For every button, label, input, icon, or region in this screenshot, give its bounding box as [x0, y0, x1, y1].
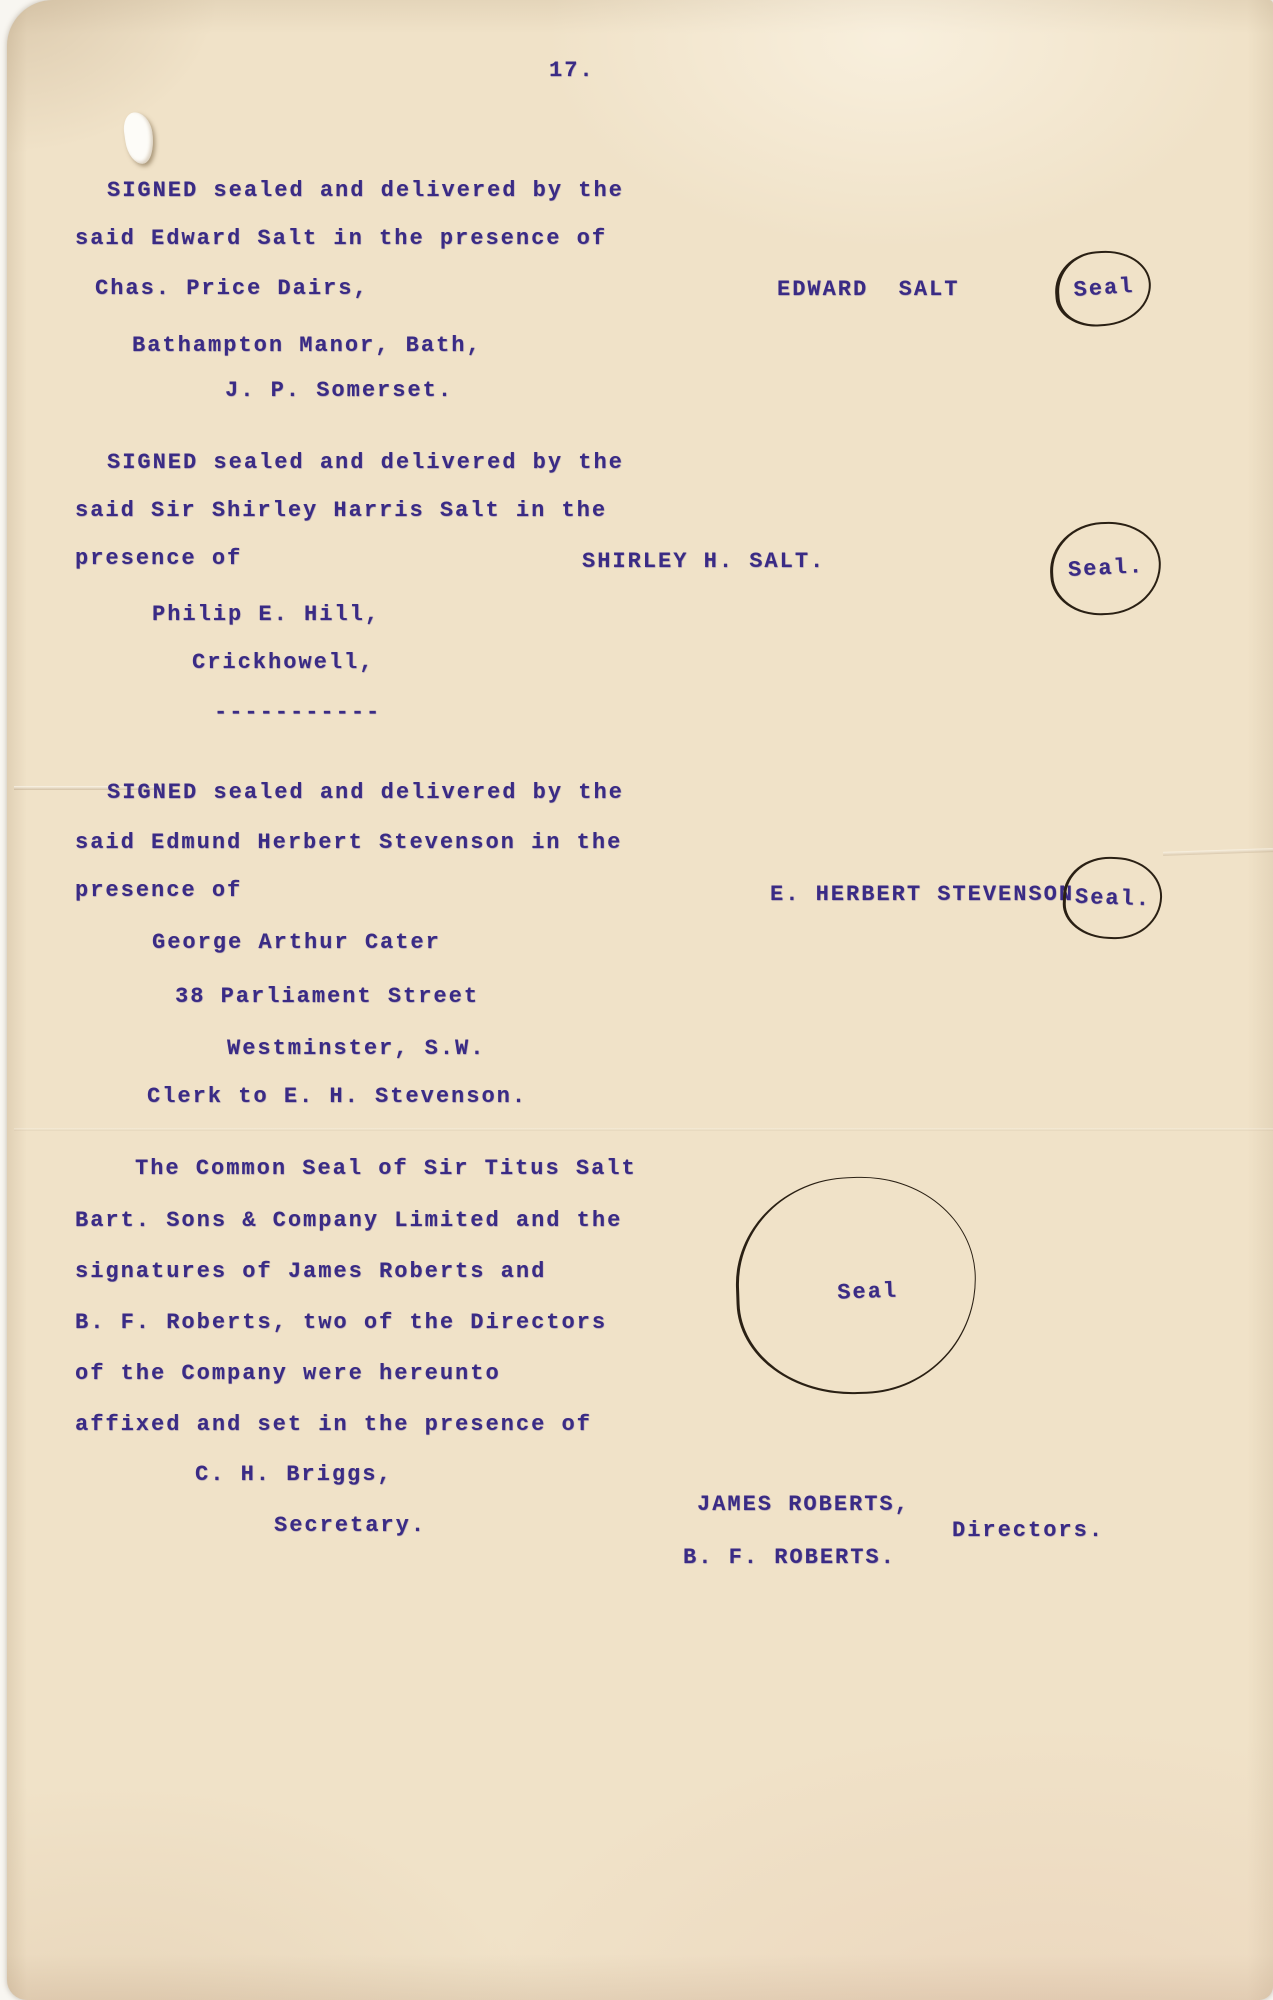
- common-seal-circle: Seal: [732, 1173, 979, 1398]
- signatory-name: B. F. ROBERTS.: [683, 1545, 896, 1570]
- signatory-name: JAMES ROBERTS,: [697, 1492, 910, 1517]
- seal-circle: Seal: [1053, 248, 1154, 330]
- paper-tear: [122, 110, 157, 165]
- witness-name: George Arthur Cater: [152, 930, 441, 955]
- witness-name: Chas. Price Dairs,: [95, 276, 369, 301]
- attestation-line: said Sir Shirley Harris Salt in the: [75, 498, 607, 523]
- attestation-line: B. F. Roberts, two of the Directors: [75, 1310, 607, 1335]
- dashed-divider: -----------: [214, 700, 381, 725]
- attestation-line: SIGNED sealed and delivered by the: [107, 178, 624, 203]
- seal-label: Seal: [1073, 274, 1135, 303]
- fold-crease: [1163, 848, 1273, 856]
- witness-address: Crickhowell,: [192, 650, 374, 675]
- signatory-name: SHIRLEY H. SALT.: [582, 549, 825, 574]
- attestation-line: of the Company were hereunto: [75, 1361, 501, 1386]
- attestation-line: signatures of James Roberts and: [75, 1259, 546, 1284]
- attestation-line: presence of: [75, 878, 242, 903]
- witness-name: J. P. Somerset.: [225, 378, 453, 403]
- seal-label: Seal.: [1075, 884, 1152, 912]
- attestation-line: said Edward Salt in the presence of: [75, 226, 607, 251]
- signatory-name: E. HERBERT STEVENSON: [770, 882, 1074, 907]
- attestation-line: The Common Seal of Sir Titus Salt: [135, 1156, 637, 1181]
- attestation-line: SIGNED sealed and delivered by the: [107, 450, 624, 475]
- witness-address: Westminster, S.W.: [227, 1036, 485, 1061]
- attestation-line: Bart. Sons & Company Limited and the: [75, 1208, 622, 1233]
- attestation-line: affixed and set in the presence of: [75, 1412, 592, 1437]
- attestation-line: SIGNED sealed and delivered by the: [107, 780, 624, 805]
- signatory-role: Directors.: [952, 1518, 1104, 1543]
- witness-name: C. H. Briggs,: [195, 1462, 393, 1487]
- attestation-line: presence of: [75, 546, 242, 571]
- page-number: 17.: [549, 58, 595, 83]
- document-page: 17. SIGNED sealed and delivered by the s…: [7, 0, 1273, 2000]
- seal-label: Seal: [837, 1279, 899, 1306]
- witness-role: Clerk to E. H. Stevenson.: [147, 1084, 527, 1109]
- seal-label: Seal.: [1067, 554, 1144, 583]
- seal-circle: Seal.: [1062, 855, 1164, 940]
- fold-crease: [14, 1128, 1273, 1131]
- seal-circle: Seal.: [1048, 519, 1164, 618]
- witness-address: 38 Parliament Street: [175, 984, 479, 1009]
- witness-address: Bathampton Manor, Bath,: [132, 333, 482, 358]
- scanned-document: 17. SIGNED sealed and delivered by the s…: [0, 0, 1273, 2000]
- signatory-name: EDWARD SALT: [777, 277, 959, 302]
- witness-name: Philip E. Hill,: [152, 602, 380, 627]
- witness-role: Secretary.: [274, 1513, 426, 1538]
- attestation-line: said Edmund Herbert Stevenson in the: [75, 830, 622, 855]
